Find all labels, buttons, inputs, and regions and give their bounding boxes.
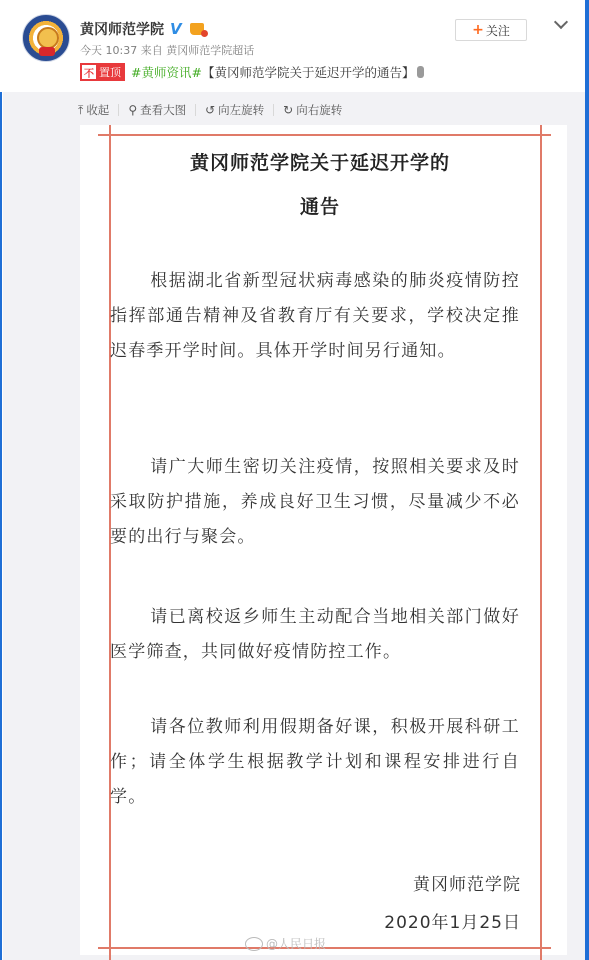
notice-title-line2: 通告 bbox=[70, 192, 570, 219]
hashtag-link[interactable]: #黄师资讯# bbox=[131, 63, 202, 81]
collapse-button[interactable]: ⤒ 收起 bbox=[78, 102, 109, 118]
avatar[interactable] bbox=[22, 14, 70, 62]
weibo-logo-icon bbox=[245, 937, 263, 951]
anniversary-badge-icon bbox=[39, 47, 55, 56]
notice-paragraph-1: 根据湖北省新型冠状病毒感染的肺炎疫情防控指挥部通告精神及省教育厅有关要求，学校决… bbox=[110, 264, 520, 369]
follow-button[interactable]: + 关注 bbox=[455, 19, 527, 41]
rotate-left-button[interactable]: ↺ 向左旋转 bbox=[205, 102, 264, 118]
author-row: 黄冈师范学院 V bbox=[80, 19, 204, 39]
notice-paragraph-4: 请各位教师利用假期备好课，积极开展科研工作；请全体学生根据教学计划和课程安排进行… bbox=[110, 710, 520, 815]
post-time[interactable]: 今天 10:37 bbox=[80, 44, 137, 57]
post-header: 黄冈师范学院 V 今天 10:37 来自 黄冈师范学院超话 不 置顶 #黄师资讯… bbox=[0, 0, 585, 92]
divider bbox=[195, 104, 196, 116]
microphone-icon[interactable] bbox=[417, 66, 424, 78]
post-title: 【黄冈师范学院关于延迟开学的通告】 bbox=[202, 63, 415, 81]
collapse-label: 收起 bbox=[86, 102, 109, 118]
collapse-icon: ⤒ bbox=[78, 103, 83, 118]
follow-label: 关注 bbox=[486, 22, 510, 39]
watermark: @人民日报 bbox=[245, 935, 326, 952]
author-name[interactable]: 黄冈师范学院 bbox=[80, 19, 164, 39]
divider bbox=[273, 104, 274, 116]
post-text: 不 置顶 #黄师资讯# 【黄冈师范学院关于延迟开学的通告】 bbox=[80, 63, 424, 81]
image-toolbar: ⤒ 收起 ⚲ 查看大图 ↺ 向左旋转 ↻ 向右旋转 bbox=[78, 102, 342, 118]
plus-icon: + bbox=[472, 23, 484, 37]
border-right-line bbox=[540, 125, 542, 960]
watermark-text: @人民日报 bbox=[266, 935, 326, 952]
pinned-badge: 不 置顶 bbox=[80, 63, 125, 81]
post-source[interactable]: 黄冈师范学院超话 bbox=[166, 44, 254, 57]
chevron-down-icon[interactable] bbox=[554, 15, 568, 29]
post-meta: 今天 10:37 来自 黄冈师范学院超话 bbox=[80, 42, 254, 58]
notice-paragraph-3: 请已离校返乡师生主动配合当地相关部门做好医学筛查，共同做好疫情防控工作。 bbox=[110, 600, 520, 670]
rotate-left-label: 向左旋转 bbox=[218, 102, 264, 118]
lion-emblem-icon bbox=[37, 27, 59, 49]
view-large-label: 查看大图 bbox=[140, 102, 186, 118]
pin-icon: 不 bbox=[82, 65, 96, 79]
view-large-button[interactable]: ⚲ 查看大图 bbox=[128, 102, 186, 118]
member-crown-icon bbox=[190, 23, 204, 35]
from-label: 来自 bbox=[141, 44, 163, 57]
rotate-right-button[interactable]: ↻ 向右旋转 bbox=[283, 102, 342, 118]
rotate-right-label: 向右旋转 bbox=[296, 102, 342, 118]
search-icon: ⚲ bbox=[128, 103, 137, 117]
notice-title-line1: 黄冈师范学院关于延迟开学的 bbox=[70, 148, 570, 175]
notice-date: 2020年1月25日 bbox=[384, 908, 521, 933]
notice-paragraph-2: 请广大师生密切关注疫情，按照相关要求及时采取防护措施，养成良好卫生习惯，尽量减少… bbox=[110, 450, 520, 555]
rotate-right-icon: ↻ bbox=[283, 103, 293, 117]
border-top-line bbox=[98, 134, 551, 136]
window-edge-left bbox=[0, 0, 2, 960]
window-edge-right bbox=[585, 0, 589, 960]
verified-icon: V bbox=[170, 20, 182, 38]
rotate-left-icon: ↺ bbox=[205, 103, 215, 117]
divider bbox=[118, 104, 119, 116]
notice-signature: 黄冈师范学院 bbox=[413, 870, 521, 895]
pinned-label: 置顶 bbox=[99, 64, 121, 80]
